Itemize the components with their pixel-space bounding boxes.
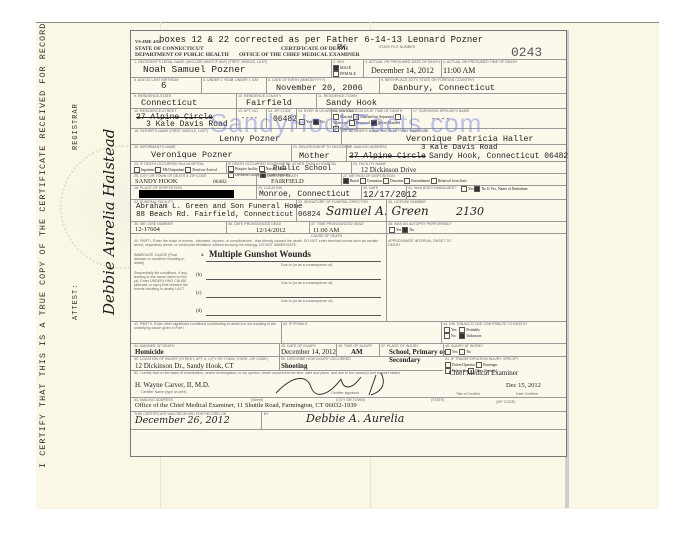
injury-at-work-label: 48. INJURY AT WORK? — [445, 344, 483, 348]
cause-of-death-heading: CAUSE OF DEATH — [311, 234, 342, 238]
dob-label: 8. Date of Birth (MM/DD/YYYY) — [268, 78, 325, 82]
by-label: BY — [264, 412, 269, 416]
time-of-death-label: 4. ACTUAL OR PRESUMED TIME OF DEATH — [443, 60, 517, 64]
tobacco-label: 43. DID TOBACCO USE CONTRIBUTE TO DEATH? — [443, 322, 527, 326]
age-label: 5. Age at last birthday — [134, 78, 179, 82]
cause-line-d-letter: (d) — [196, 309, 202, 314]
due-to-label: Due to (or as a consequence of): — [281, 281, 333, 285]
disposition-location: Monroe, Connecticut — [259, 190, 350, 199]
under-1-day-label: 7. Under 1 Day — [231, 78, 259, 82]
due-to-label: Due to (or as a consequence of): — [281, 263, 333, 267]
father-label: 18. FATHER'S NAME (First, Middle, Last) — [134, 129, 208, 133]
embalmed-checkboxes[interactable]: Yes No If Yes, Name of Embalmer — [461, 186, 528, 192]
certifier-title-label: Title of Certifier — [456, 392, 480, 396]
initials: RW — [337, 44, 345, 52]
informant-name: Veronique Pozner — [151, 150, 233, 160]
residence-county: Fairfield — [246, 98, 292, 108]
certifier-signature-label: Certifier signature — [331, 391, 359, 395]
date-of-death-label: 3. ACTUAL OR PRESUMED DATE OF DEATH — [365, 60, 440, 64]
due-to-label: Due to (or as a consequence of): — [281, 299, 333, 303]
form-id: VS-4ME 4/04 — [135, 39, 161, 44]
sequential-conditions-label: Sequentially list conditions, if any, le… — [134, 271, 189, 291]
funeral-home-name: Abraham L. Green and Son Funeral Home — [136, 203, 303, 211]
certify-statement: I CERTIFY THAT THIS IS A TRUE COPY OF TH… — [38, 23, 48, 468]
informant-label: 20. INFORMANT'S NAME — [134, 145, 176, 149]
certifier-name-label: Certifier Name (type or print) — [141, 390, 187, 394]
transport-injury-label: 51. IF TRANSPORTATION INJURY, SPECIFY — [445, 357, 519, 361]
disposition-method-checkboxes[interactable]: Burial Cremation Donation Entombment Rem… — [343, 178, 467, 184]
certifier-title-line1: Chief Medical Examiner — [449, 369, 518, 377]
pronounced-time-label: 37. TIME PRONOUNCED DEAD — [311, 222, 363, 226]
state-file-label: STATE FILE NUMBER — [379, 45, 415, 49]
relationship-label: 21. RELATIONSHIP TO DECEDENT — [293, 145, 352, 149]
manner-of-death: Homicide — [135, 348, 164, 356]
age-value: 6 — [161, 81, 166, 91]
cause-line-a: Multiple Gunshot Wounds — [209, 249, 311, 259]
tobacco-checkboxes[interactable]: Yes ProbablyNo Unknown — [444, 327, 481, 339]
residence-town: Sandy Hook — [326, 98, 377, 108]
correction-note: boxes 12 & 22 corrected as per Father 6-… — [159, 35, 483, 45]
part2-label: 41. PART II. Enter other significant con… — [134, 322, 284, 330]
registrar-label: REGISTRAR — [72, 103, 80, 150]
autopsy-label: 38. WAS AN AUTOPSY PERFORMED? — [388, 222, 452, 226]
funeral-director-signature: Samuel A. Green — [326, 204, 429, 218]
license-number: 2130 — [456, 205, 484, 218]
redacted-place-of-disposition — [139, 190, 234, 198]
injury-at-work-checkboxes[interactable]: Yes No — [445, 349, 471, 355]
registrar-signature: Debbie A. Aurelia — [306, 412, 404, 425]
injury-time: AM — [351, 348, 363, 356]
cause-line-c-letter: (c) — [196, 291, 202, 296]
city-of-death: SANDY HOOK — [135, 178, 178, 185]
part1-instructions: 40. PART I. Enter the chain of events - … — [134, 239, 384, 247]
attest-label: ATTEST: — [72, 284, 80, 320]
immediate-cause-label: IMMEDIATE CAUSE (Final disease or condit… — [134, 253, 189, 265]
received-date: December 26, 2012 — [135, 415, 230, 426]
me-case-number: 12-17604 — [135, 226, 160, 233]
certificate-number: 0243 — [511, 45, 542, 60]
hospital-label: 23. IF DEATH OCCURRED IN A HOSPITAL — [134, 162, 204, 166]
zip-code-label: (ZIP CODE) — [496, 400, 515, 404]
sex-label: 2. SEX — [333, 60, 344, 64]
decedent-name: Noah Samuel Pozner — [143, 64, 246, 75]
funeral-home-address: 88 Beach Rd. Fairfield, Connecticut 0682… — [136, 211, 321, 219]
cause-line-b-letter: (b) — [196, 273, 202, 278]
date-of-birth: November 20, 2006 — [276, 83, 363, 93]
watermark: SandyHookFacts.com — [210, 108, 482, 139]
state-label: (STATE) — [431, 398, 444, 402]
date-certified-label: Date Certified — [516, 392, 538, 396]
mailing-address: Sandy Hook, Connecticut 06482 — [429, 152, 568, 161]
other-place-value: Public School — [273, 165, 332, 173]
mailing-insert: 3 Kale Davis Road — [421, 144, 498, 152]
embalmed-label: 31. WAS BODY EMBALMED? — [408, 186, 456, 190]
birthplace: Danbury, Connecticut — [393, 83, 495, 93]
time-of-death: 11:00 AM — [443, 66, 475, 75]
pronounced-date-label: 36. DATE PRONOUNCED DEAD — [228, 222, 281, 226]
residence-state: Connecticut — [141, 98, 197, 108]
under-1-year-label: 6. Under 1 Year — [203, 78, 234, 82]
birthplace-label: 9. BIRTHPLACE (City, State or Foreign Co… — [381, 78, 474, 82]
injury-location: 12 Dickinson Dr., Sandy Hook, CT — [135, 362, 234, 370]
attest-signature: Debbie Aurelia Halstead — [100, 129, 118, 315]
cause-line-a-letter: a. — [201, 253, 204, 258]
office-name: OFFICE OF THE CHIEF MEDICAL EXAMINER — [239, 52, 360, 58]
injury-location-label: 49. LOCATION OF INJURY (Street, Apt. #, … — [134, 357, 268, 361]
license-label: 34. LICENSE NUMBER — [388, 200, 426, 204]
if-female-label: 42. IF FEMALE — [283, 322, 308, 326]
injury-description-label: 50. DESCRIBE HOW INJURY OCCURRED — [281, 357, 351, 361]
death-certificate-form: VS-4ME 4/04 boxes 12 & 22 corrected as p… — [130, 30, 567, 457]
injury-date: December 14, 2012 — [281, 348, 336, 356]
department-name: DEPARTMENT OF PUBLIC HEALTH — [135, 52, 229, 58]
mailing-struck: 37 Alpine Circle — [349, 152, 426, 161]
certifier-name: H. Wayne Carver, II, M.D. — [135, 381, 210, 389]
relationship-value: Mother — [299, 151, 330, 161]
certifier-mailing-address: Office of the Chief Medical Examiner, 11… — [135, 402, 357, 409]
date-of-death: December 14, 2012 — [371, 66, 434, 75]
date-certified: Dec 15, 2012 — [506, 382, 541, 389]
county-of-death: FAIRFIELD — [271, 178, 304, 185]
interval-label: APPROXIMATE INTERVAL ONSET TO DEATH — [388, 239, 458, 247]
mailing-address-label: 22. MAILING ADDRESS — [348, 145, 387, 149]
